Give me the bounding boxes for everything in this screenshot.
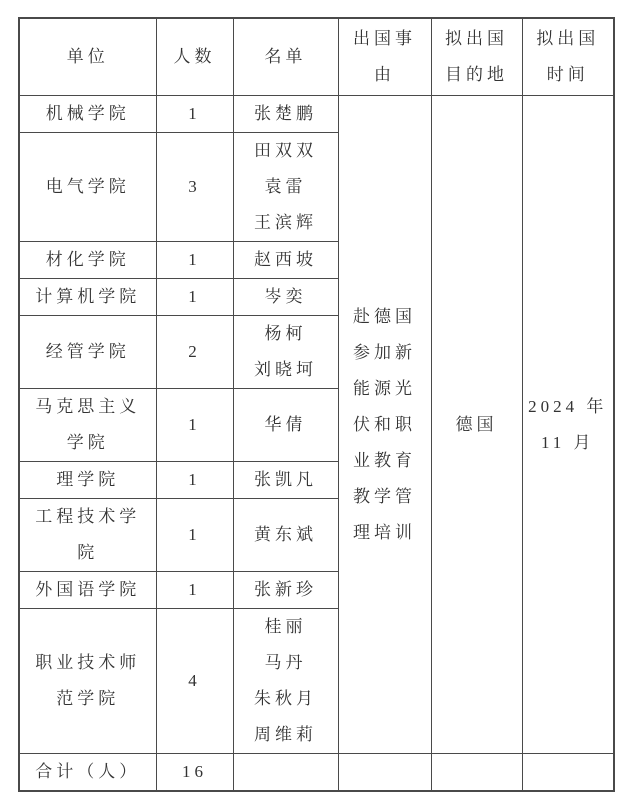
header-destination: 拟出国 目的地 (431, 18, 522, 96)
abroad-roster-table: 单位 人数 名单 出国事 由 拟出国 目的地 拟出国 时间 机械学院 1 张楚鹏… (18, 17, 615, 792)
header-unit: 单位 (19, 18, 156, 96)
count-cell: 1 (156, 96, 233, 133)
unit-cell: 职业技术师 范学院 (19, 609, 156, 754)
empty-destination-cell (431, 754, 522, 792)
unit-cell: 材化学院 (19, 242, 156, 279)
destination-cell: 德国 (431, 96, 522, 754)
unit-cell: 工程技术学 院 (19, 499, 156, 572)
unit-cell: 计算机学院 (19, 279, 156, 316)
count-cell: 1 (156, 462, 233, 499)
names-cell: 田双双 袁雷 王滨辉 (233, 133, 338, 242)
names-cell: 岑奕 (233, 279, 338, 316)
count-cell: 1 (156, 279, 233, 316)
header-reason: 出国事 由 (338, 18, 431, 96)
total-label-cell: 合计（人） (19, 754, 156, 792)
count-cell: 3 (156, 133, 233, 242)
empty-reason-cell (338, 754, 431, 792)
names-cell: 杨柯 刘晓坷 (233, 316, 338, 389)
count-cell: 2 (156, 316, 233, 389)
time-cell: 2024 年 11 月 (522, 96, 614, 754)
empty-time-cell (522, 754, 614, 792)
count-cell: 1 (156, 572, 233, 609)
unit-cell: 机械学院 (19, 96, 156, 133)
names-cell: 黄东斌 (233, 499, 338, 572)
names-cell: 华倩 (233, 389, 338, 462)
count-cell: 1 (156, 242, 233, 279)
unit-cell: 马克思主义 学院 (19, 389, 156, 462)
header-row: 单位 人数 名单 出国事 由 拟出国 目的地 拟出国 时间 (19, 18, 614, 96)
names-cell: 张新珍 (233, 572, 338, 609)
total-value-cell: 16 (156, 754, 233, 792)
empty-names-cell (233, 754, 338, 792)
count-cell: 1 (156, 499, 233, 572)
names-cell: 张凯凡 (233, 462, 338, 499)
header-names: 名单 (233, 18, 338, 96)
header-count: 人数 (156, 18, 233, 96)
names-cell: 桂丽 马丹 朱秋月 周维莉 (233, 609, 338, 754)
count-cell: 4 (156, 609, 233, 754)
names-cell: 赵西坡 (233, 242, 338, 279)
count-cell: 1 (156, 389, 233, 462)
names-cell: 张楚鹏 (233, 96, 338, 133)
reason-cell: 赴德国 参加新 能源光 伏和职 业教育 教学管 理培训 (338, 96, 431, 754)
unit-cell: 经管学院 (19, 316, 156, 389)
total-row: 合计（人） 16 (19, 754, 614, 792)
unit-cell: 电气学院 (19, 133, 156, 242)
header-time: 拟出国 时间 (522, 18, 614, 96)
unit-cell: 外国语学院 (19, 572, 156, 609)
document-page: 单位 人数 名单 出国事 由 拟出国 目的地 拟出国 时间 机械学院 1 张楚鹏… (18, 17, 615, 792)
table-row: 机械学院 1 张楚鹏 赴德国 参加新 能源光 伏和职 业教育 教学管 理培训 德… (19, 96, 614, 133)
unit-cell: 理学院 (19, 462, 156, 499)
